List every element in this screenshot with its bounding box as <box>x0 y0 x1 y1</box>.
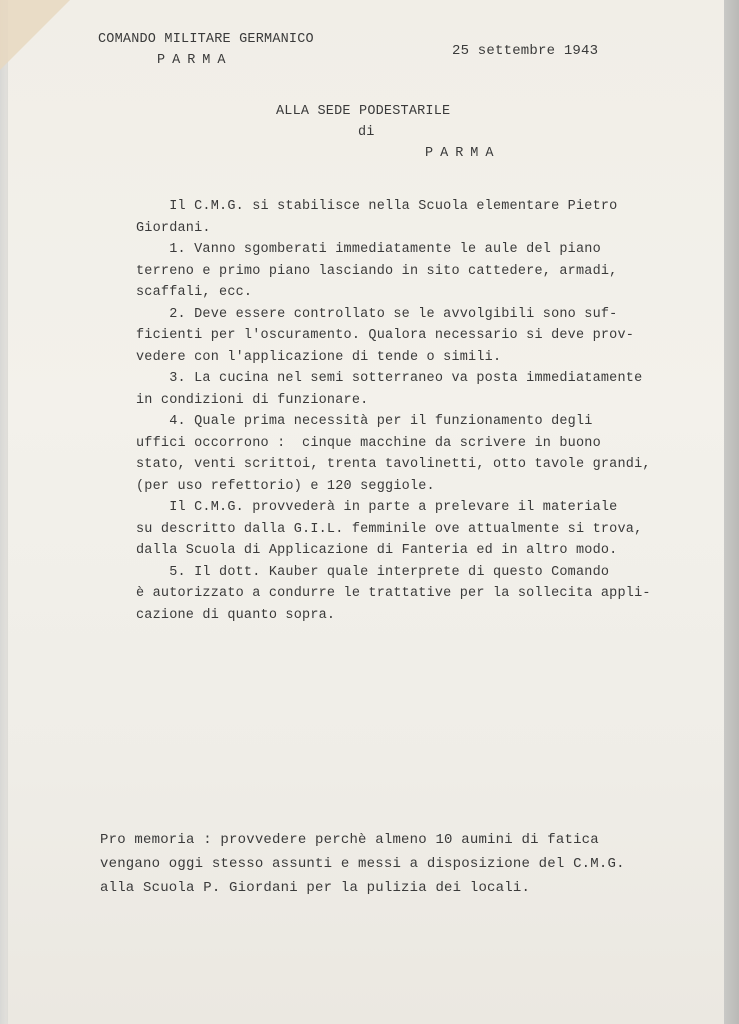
text-line: uffici occorrono : cinque macchine da sc… <box>136 433 651 455</box>
memo-line: alla Scuola P. Giordani per la pulizia d… <box>100 876 625 900</box>
text-line: cazione di quanto sopra. <box>136 605 651 627</box>
text-line: su descritto dalla G.I.L. femminile ove … <box>136 519 651 541</box>
text-line: terreno e primo piano lasciando in sito … <box>136 261 651 283</box>
paragraph: 3. La cucina nel semi sotterraneo va pos… <box>136 368 651 411</box>
text-line: 4. Quale prima necessità per il funziona… <box>136 411 651 433</box>
paragraph: Il C.M.G. si stabilisce nella Scuola ele… <box>136 196 651 239</box>
text-line: 2. Deve essere controllato se le avvolgi… <box>136 304 651 326</box>
memo-line: vengano oggi stesso assunti e messi a di… <box>100 852 625 876</box>
document-date: 25 settembre 1943 <box>452 43 598 59</box>
memo-line: Pro memoria : provvedere perchè almeno 1… <box>100 828 625 852</box>
text-line: è autorizzato a condurre le trattative p… <box>136 583 651 605</box>
text-line: ficienti per l'oscuramento. Qualora nece… <box>136 325 651 347</box>
text-line: scaffali, ecc. <box>136 282 651 304</box>
text-line: dalla Scuola di Applicazione di Fanteria… <box>136 540 651 562</box>
recipient-line-1: ALLA SEDE PODESTARILE <box>276 104 450 119</box>
text-line: 5. Il dott. Kauber quale interprete di q… <box>136 562 651 584</box>
recipient-line-2: di <box>358 125 375 140</box>
text-line: Giordani. <box>136 218 651 240</box>
paragraph: 2. Deve essere controllato se le avvolgi… <box>136 304 651 369</box>
recipient-line-3: PARMA <box>425 146 501 161</box>
letterhead-city: PARMA <box>157 53 233 68</box>
text-line: 3. La cucina nel semi sotterraneo va pos… <box>136 368 651 390</box>
text-line: Il C.M.G. provvederà in parte a prelevar… <box>136 497 651 519</box>
pro-memoria: Pro memoria : provvedere perchè almeno 1… <box>100 828 625 900</box>
folded-corner <box>0 0 70 70</box>
text-line: vedere con l'applicazione di tende o sim… <box>136 347 651 369</box>
text-line: Il C.M.G. si stabilisce nella Scuola ele… <box>136 196 651 218</box>
text-line: 1. Vanno sgomberati immediatamente le au… <box>136 239 651 261</box>
text-line: in condizioni di funzionare. <box>136 390 651 412</box>
text-line: (per uso refettorio) e 120 seggiole. <box>136 476 651 498</box>
paragraph: 4. Quale prima necessità per il funziona… <box>136 411 651 497</box>
text-line: stato, venti scrittoi, trenta tavolinett… <box>136 454 651 476</box>
paragraph: Il C.M.G. provvederà in parte a prelevar… <box>136 497 651 562</box>
background-right <box>724 0 739 1024</box>
letter-body: Il C.M.G. si stabilisce nella Scuola ele… <box>136 196 651 626</box>
paragraph: 5. Il dott. Kauber quale interprete di q… <box>136 562 651 627</box>
paragraph: 1. Vanno sgomberati immediatamente le au… <box>136 239 651 304</box>
letterhead-sender: COMANDO MILITARE GERMANICO <box>98 32 314 47</box>
